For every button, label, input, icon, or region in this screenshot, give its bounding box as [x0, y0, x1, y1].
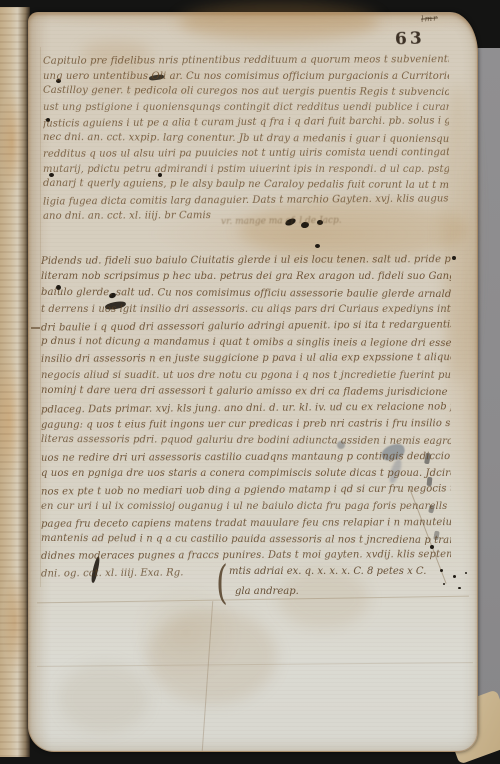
manuscript-line: q uos en pgniga dre uos staris a conera … [41, 466, 451, 482]
manuscript-line: negocis aliud si suadit. ut uos dre notu… [41, 368, 451, 384]
stain [147, 609, 277, 704]
registration-line: mtis adriai ex. q. x. x. x. C. 8 petes x… [229, 562, 469, 582]
manuscript-line: Pidends ud. fideli suo baiulo Ciuitatis … [41, 252, 451, 270]
manuscript-line: insilio dri assessoris n en juste suggic… [41, 351, 451, 369]
registration-note: ( mtis adriai ex. q. x. x. x. C. 8 petes… [229, 562, 469, 602]
manuscript-line: mutarij, pdictu petru admirandi i pstim … [43, 162, 449, 178]
registration-line: gla andreap. [229, 582, 469, 602]
body-paragraph-1: Capitulo pre fidelibus nris ptinentibus … [43, 53, 449, 224]
manuscript-line: literas assessoris pdri. pquod galuriu d… [41, 432, 451, 451]
folio-number: 63 [395, 28, 425, 49]
manuscript-line: literam nob scripsimus p hec uba. petrus… [41, 269, 451, 285]
manuscript-line: redditus q uos ul alsu uiri pa puuicies … [43, 145, 449, 162]
manuscript-line: nos ex pte t uob no mediari uob ding a p… [41, 481, 451, 501]
body-paragraph-2: Pidends ud. fideli suo baiulo Ciuitatis … [41, 253, 451, 581]
stain [179, 3, 379, 41]
docket-line: vr. mange ma cf. l de Jacp. [221, 215, 411, 227]
manuscript-line: uos ne redire dri uri assessoris castili… [41, 449, 451, 467]
manuscript-line: pagea fru deceto capiens matens tradat m… [41, 515, 451, 533]
manuscript-line: baiulo glerde. salt ud. Cu nos comisimus… [41, 285, 451, 304]
stain [59, 663, 149, 733]
manuscript-page: 63 lmr Capitulo pre fidelibus nris ptine… [28, 12, 478, 752]
manuscript-line: en cur uri i ul ix comissioj ouganug i u… [41, 499, 451, 515]
bracket-mark: ( [216, 555, 228, 609]
manuscript-line: t derrens i uos igit insilio dri assesso… [41, 302, 451, 318]
book-spine-page-edges [0, 7, 30, 757]
manuscript-line: ust ung pstigione i quoniensqunqs contin… [43, 100, 449, 116]
corner-annotation: lmr [421, 13, 439, 23]
margin-mark [31, 327, 40, 329]
ink-blot [315, 244, 320, 248]
ink-blot [452, 256, 456, 260]
spine-texture [0, 7, 30, 757]
manuscript-line: ung uero untentibus Oli ar. Cu nos comis… [43, 69, 449, 85]
manuscript-line: Castilloy gener. t pedicola oli curegos … [43, 83, 449, 101]
manuscript-line: Capitulo pre fidelibus nris ptinentibus … [43, 52, 449, 69]
